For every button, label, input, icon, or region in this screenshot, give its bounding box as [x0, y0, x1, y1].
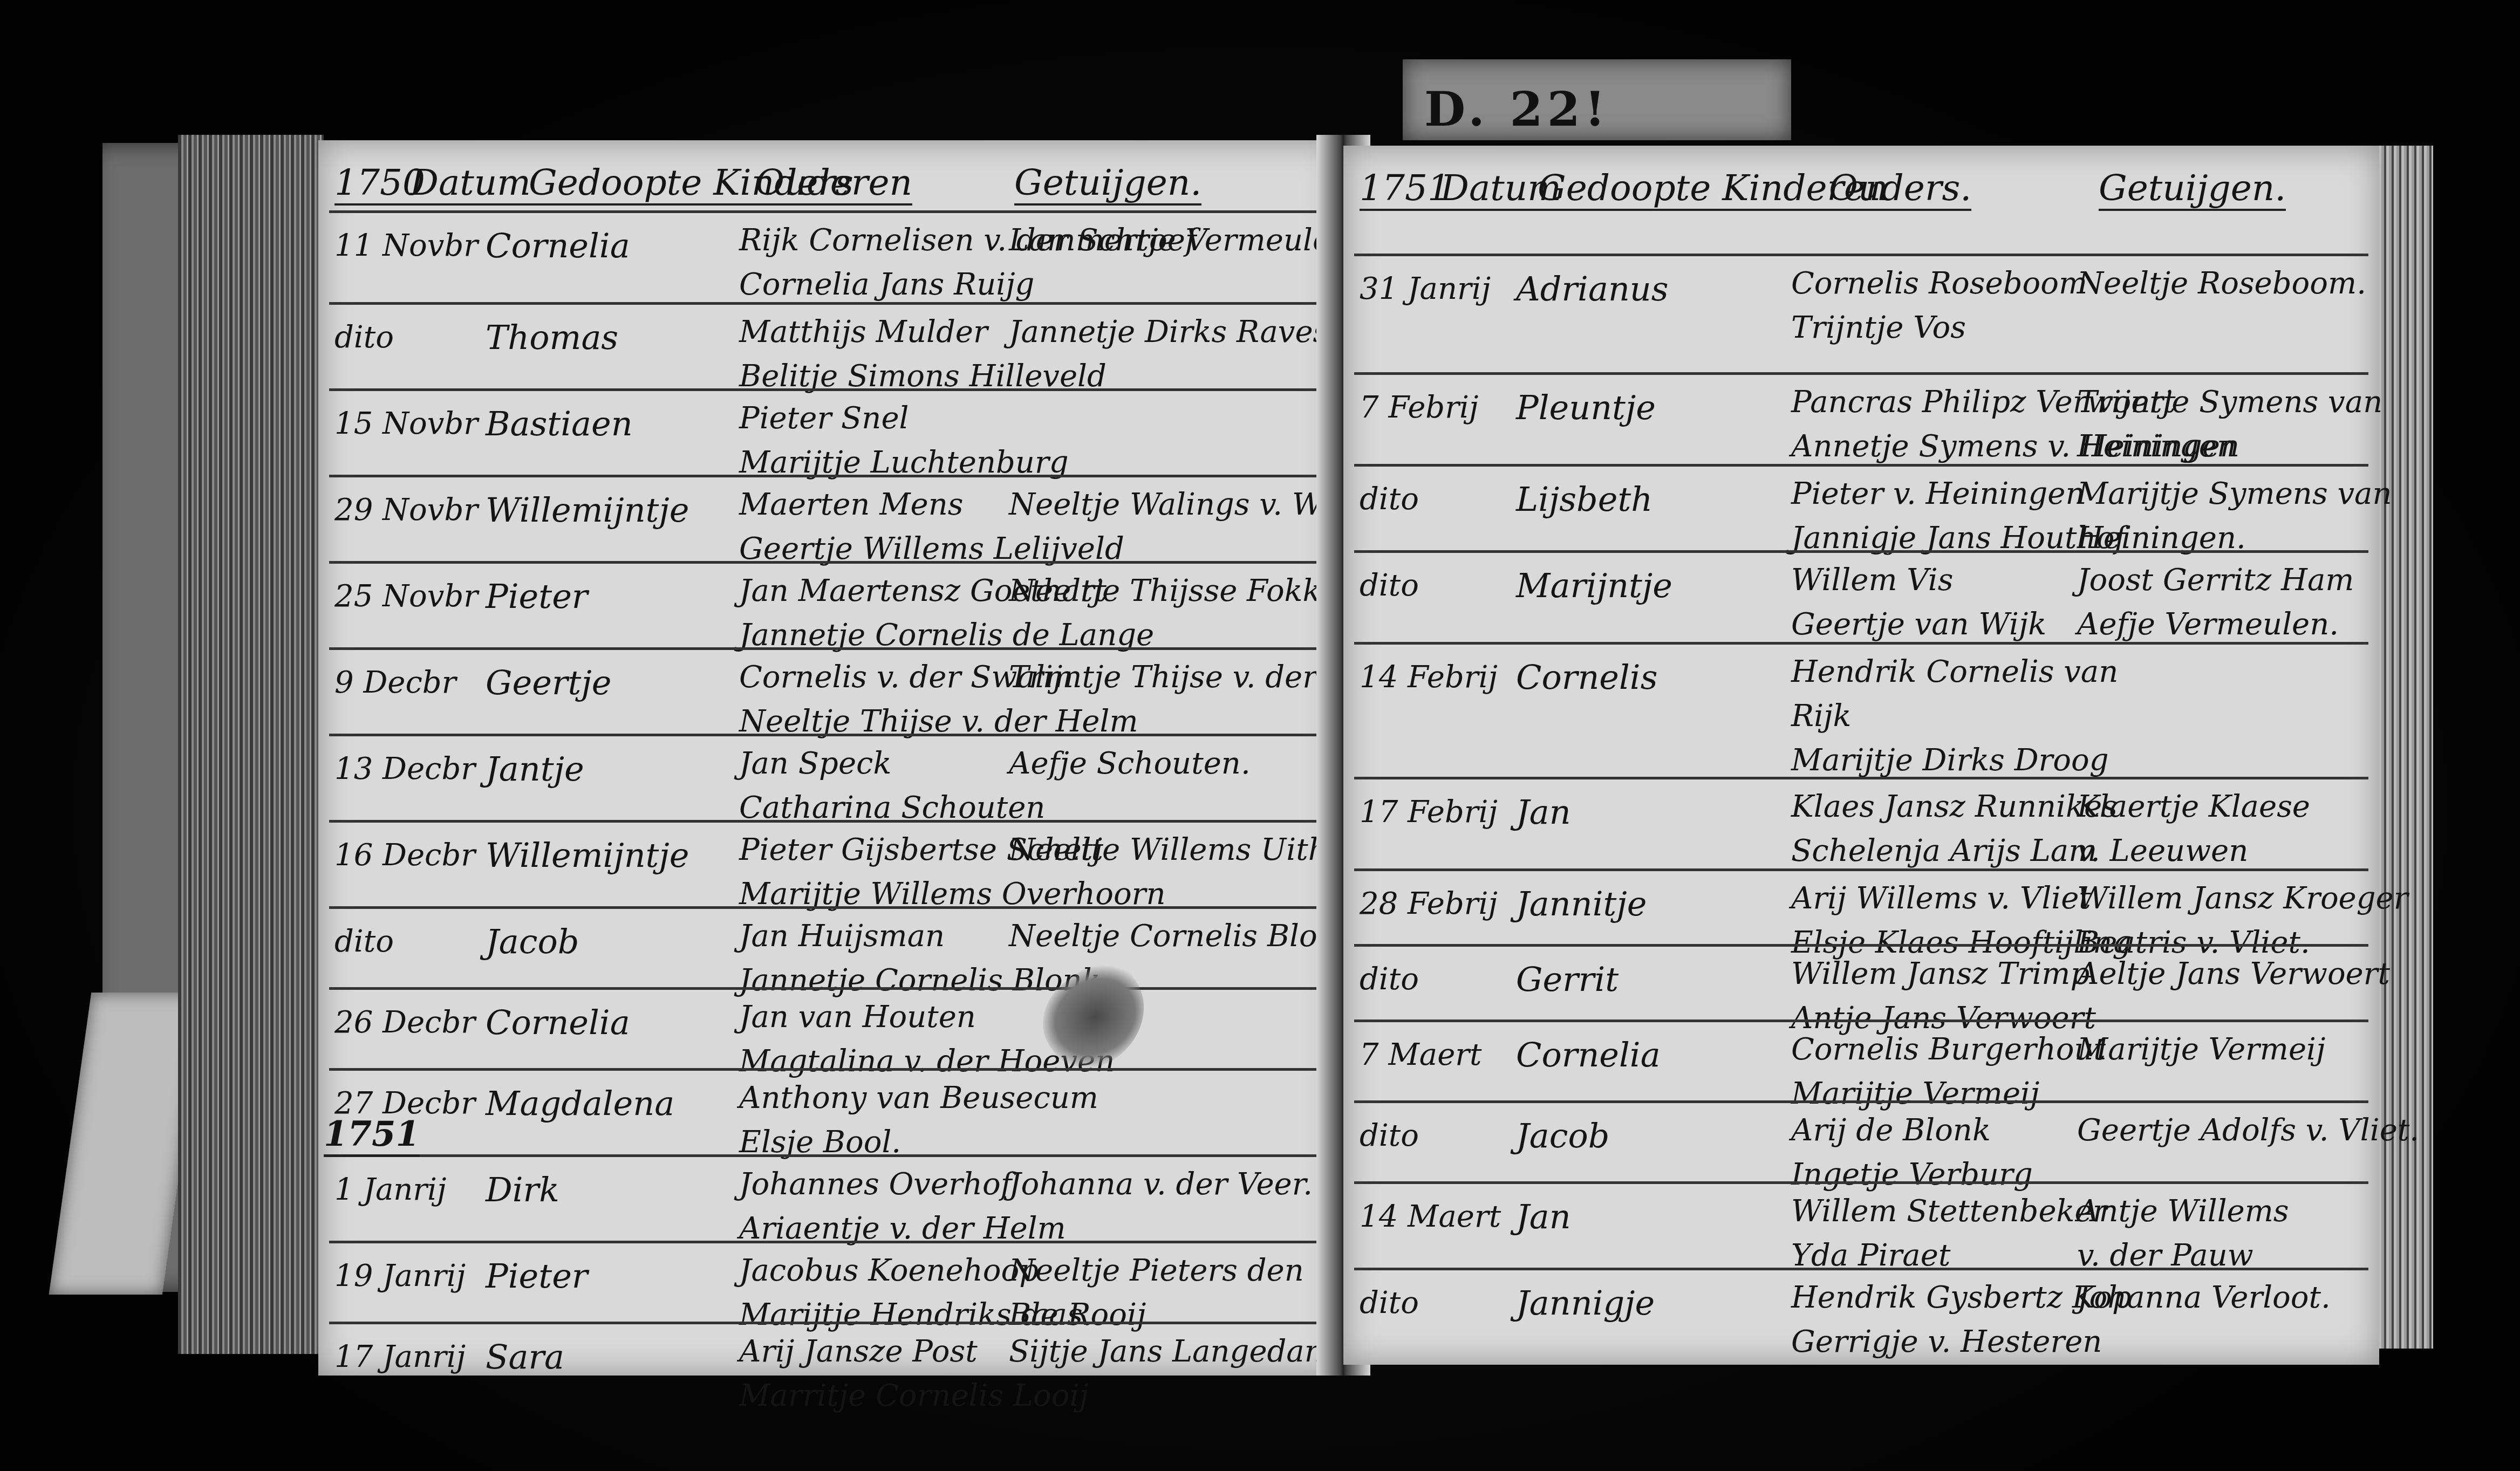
right-page-header: 1751 Datum Gedoopte Kinderen Ouders. Get… [1360, 167, 2363, 216]
entry-child-name: Marijntje [1516, 564, 1672, 608]
entry-child-name: Pleuntje [1516, 386, 1656, 430]
register-entry: 25 NovbrPieterJan Maertensz GoethartJann… [329, 561, 1327, 650]
entry-witness: Marijtje Symens van [2077, 472, 2392, 516]
entry-witness: Lammertje Vermeulen [1009, 218, 1350, 263]
entry-witness: v. Leeuwen [2077, 829, 2248, 873]
entry-child-name: Magdalena [486, 1082, 674, 1126]
entry-child-name: Jan [1516, 1195, 1571, 1239]
entry-witness: Neeltje Cornelis Blonk [1009, 914, 1355, 959]
register-entry: 14 FebrijCornelisHendrik Cornelis vanRij… [1354, 642, 2368, 779]
entry-father: Willem Vis [1791, 558, 1953, 603]
entry-witness: Aefje Vermeulen. [2077, 603, 2339, 647]
entry-child-name: Jacob [486, 920, 579, 964]
entry-witness: Johanna v. der Veer. [1009, 1162, 1313, 1207]
entry-witness: Neeltje Thijsse Fokker [1009, 569, 1353, 613]
entry-parent-continued: Rijk [1791, 694, 1851, 738]
entry-witness: Antje Willems [2077, 1189, 2289, 1234]
entry-witness: Geertje Adolfs v. Vliet. [2077, 1109, 2419, 1153]
entry-witness: Marijtje Vermeij [2077, 1028, 2325, 1072]
entry-father: Arij Willems v. Vliet [1791, 877, 2091, 921]
entry-mother: Gerrigje v. Hesteren [1791, 1320, 2102, 1364]
entry-child-name: Pieter [486, 1254, 588, 1298]
left-page: 1750 Datum Gedoopte Kinders Ouderen Getu… [318, 140, 1338, 1376]
entry-witness: Trijntje Symens van [2077, 380, 2382, 425]
entry-father: Willem Jansz Trimp [1791, 952, 2089, 996]
entry-mother: Schelenja Arijs Lam [1791, 829, 2097, 873]
entry-father: Hendrik Cornelis van [1791, 650, 2118, 694]
register-entry: ditoLijsbethPieter v. HeiningenJannigje … [1354, 464, 2368, 553]
entry-father: Arij de Blonk [1791, 1109, 1991, 1153]
entry-child-name: Gerrit [1516, 957, 1618, 1002]
right-page: 1751 Datum Gedoopte Kinderen Ouders. Get… [1343, 146, 2379, 1365]
entry-date: 28 Febrij [1360, 882, 1498, 926]
entry-child-name: Sara [486, 1335, 564, 1379]
register-entry: 14 MaertJanWillem StettenbekerYda Piraet… [1354, 1181, 2368, 1270]
register-entry: 31 JanrijAdrianusCornelis RoseboomTrijnt… [1354, 254, 2368, 375]
entry-date: 11 Novbr [334, 224, 478, 268]
entry-child-name: Jannigje [1516, 1281, 1655, 1325]
entry-date: 7 Maert [1360, 1033, 1482, 1077]
entry-child-name: Thomas [486, 316, 618, 360]
entry-father: Cornelis Burgerhout [1791, 1028, 2106, 1072]
entry-witness: Sijtje Jans Langedam [1009, 1330, 1333, 1374]
entry-mother: Marijtje Dirks Droog [1791, 738, 2109, 783]
entry-child-name: Jacob [1516, 1114, 1610, 1158]
entry-mother: Trijntje Vos [1791, 306, 1966, 350]
register-entry: 9 DecbrGeertjeCornelis v. der SwalmNeelt… [329, 647, 1327, 736]
entry-witness: Neeltje Roseboom. [2077, 262, 2366, 306]
entry-child-name: Cornelia [1516, 1033, 1661, 1077]
entry-date: 14 Febrij [1360, 655, 1498, 700]
entry-father: Arij Jansze Post [739, 1330, 978, 1374]
entry-date: 1 Janrij [334, 1168, 446, 1212]
entry-date: dito [1360, 957, 1419, 1002]
register-entry: 16 DecbrWillemijntjePieter Gijsbertse Sc… [329, 820, 1327, 909]
register-entry: 7 MaertCorneliaCornelis BurgerhoutMarijt… [1354, 1020, 2368, 1103]
left-page-header: 1750 Datum Gedoopte Kinders Ouderen Getu… [334, 162, 1322, 210]
entry-witness: Aeltje Jans Verwoert [2077, 952, 2390, 996]
entry-date: 29 Novbr [334, 488, 478, 532]
entry-date: 9 Decbr [334, 661, 456, 705]
entry-child-name: Cornelia [486, 1001, 630, 1045]
entry-child-name: Willemijntje [486, 488, 689, 532]
entry-child-name: Jantje [486, 747, 584, 791]
register-entry: 29 NovbrWillemijntjeMaerten MensGeertje … [329, 475, 1327, 564]
entry-father: Cornelis Roseboom [1791, 262, 2087, 306]
entry-witness: Joost Gerritz Ham [2077, 558, 2354, 603]
right-header-parents: Ouders. [1829, 167, 1971, 211]
register-entry: 11 NovbrCorneliaRijk Cornelisen v. der S… [329, 210, 1327, 305]
register-entry: 15 NovbrBastiaenPieter SnelMarijtje Luch… [329, 388, 1327, 477]
entry-date: 26 Decbr [334, 1001, 475, 1045]
right-header-witnesses: Getuijgen. [2099, 167, 2286, 211]
entry-date: 17 Janrij [334, 1335, 466, 1379]
register-entry: ditoThomasMatthijs MulderBelitje Simons … [329, 302, 1327, 391]
entry-date: 19 Janrij [334, 1254, 466, 1298]
register-entry: ditoJannigjeHendrik Gysbertz KopGerrigje… [1354, 1268, 2368, 1357]
year-marker: 1751 [324, 1114, 420, 1157]
entry-date: 13 Decbr [334, 747, 475, 791]
entry-father: Matthijs Mulder [739, 310, 988, 354]
entry-father: Jacobus Koenehoop [739, 1249, 1039, 1293]
register-entry: ditoJacobJan HuijsmanJannetje Cornelis B… [329, 906, 1327, 990]
entry-date: 7 Febrij [1360, 386, 1478, 430]
register-entry: 7 FebrijPleuntjePancras Philipz Verwoert… [1354, 372, 2368, 467]
entry-date: 16 Decbr [334, 833, 475, 878]
entry-date: 25 Novbr [334, 574, 478, 619]
entry-child-name: Cornelia [486, 224, 630, 268]
entry-date: dito [1360, 1114, 1419, 1158]
shelf-label-tab: D. 22! [1403, 59, 1791, 140]
entry-witness: Aefje Schouten. [1009, 742, 1251, 786]
entry-date: dito [334, 920, 394, 964]
register-entry: 28 FebrijJannitjeArij Willems v. VlietEl… [1354, 868, 2368, 947]
entry-child-name: Cornelis [1516, 655, 1658, 700]
register-entry: 1 JanrijDirkJohannes OverhofAriaentje v.… [329, 1154, 1327, 1243]
entry-witness: Neeltje Pieters den [1009, 1249, 1304, 1293]
register-entry: 17 FebrijJanKlaes Jansz RunnikesSchelenj… [1354, 777, 2368, 871]
left-header-parents: Ouderen [755, 162, 912, 206]
register-entry: ditoJacobArij de BlonkIngetje VerburgGee… [1354, 1100, 2368, 1184]
register-entry: ditoGerritWillem Jansz TrimpAntje Jans V… [1354, 944, 2368, 1022]
entry-date: 14 Maert [1360, 1195, 1501, 1239]
entry-father: Jan Speck [739, 742, 891, 786]
entry-mother: Geertje van Wijk [1791, 603, 2046, 647]
page-edges-right [2374, 146, 2433, 1349]
entry-date: dito [1360, 564, 1419, 608]
entry-father: Jan Huijsman [739, 914, 945, 959]
register-entry: 27 DecbrMagdalenaAnthony van BeusecumEls… [329, 1068, 1327, 1157]
entry-father: Jan van Houten [739, 995, 976, 1039]
left-header-witnesses: Getuijgen. [1014, 162, 1201, 206]
entry-witness: Johanna Verloot. [2077, 1276, 2331, 1320]
entry-father: Pieter Snel [739, 396, 909, 441]
entry-father: Klaes Jansz Runnikes [1791, 785, 2118, 829]
register-entry: 17 JanrijSaraArij Jansze PostMarritje Co… [329, 1322, 1327, 1411]
register-entry: 19 JanrijPieterJacobus KoenehoopMarijtje… [329, 1241, 1327, 1324]
entry-date: dito [1360, 477, 1419, 522]
entry-child-name: Willemijntje [486, 833, 689, 878]
entry-child-name: Adrianus [1516, 267, 1669, 311]
entry-date: dito [1360, 1281, 1419, 1325]
entry-child-name: Dirk [486, 1168, 559, 1212]
shelf-label: D. 22! [1424, 81, 1610, 137]
entry-mother: Marritje Cornelis Looij [739, 1374, 1089, 1418]
entry-date: dito [334, 316, 394, 360]
entry-child-name: Pieter [486, 574, 588, 619]
entry-father: Johannes Overhof [739, 1162, 1012, 1207]
left-header-date: Datum [410, 162, 531, 206]
entry-child-name: Geertje [486, 661, 611, 705]
entry-father: Anthony van Beusecum [739, 1076, 1098, 1120]
entry-date: 17 Febrij [1360, 790, 1498, 834]
page-edges-left [178, 135, 324, 1354]
entry-date: 31 Janrij [1360, 267, 1491, 311]
entry-father: Willem Stettenbeker [1791, 1189, 2107, 1234]
register-entry: ditoMarijntjeWillem VisGeertje van WijkJ… [1354, 550, 2368, 645]
entry-child-name: Bastiaen [486, 402, 633, 446]
entry-child-name: Jannitje [1516, 882, 1647, 926]
register-entry: 26 DecbrCorneliaJan van HoutenMagtalina … [329, 987, 1327, 1071]
entry-father: Pieter v. Heiningen [1791, 472, 2085, 516]
entry-child-name: Jan [1516, 790, 1571, 834]
entry-father: Maerten Mens [739, 483, 963, 527]
entry-date: 15 Novbr [334, 402, 478, 446]
entry-witness: Klaertje Klaese [2077, 785, 2310, 829]
entry-child-name: Lijsbeth [1516, 477, 1652, 522]
entry-witness: Willem Jansz Kroeger [2077, 877, 2408, 921]
register-entry: 13 DecbrJantjeJan SpeckCatharina Schoute… [329, 734, 1327, 823]
right-year-heading: 1751 [1360, 167, 1450, 211]
entry-mother: Cornelia Jans Ruijg [739, 263, 1034, 307]
entry-witness: Heiningen [2077, 425, 2236, 469]
